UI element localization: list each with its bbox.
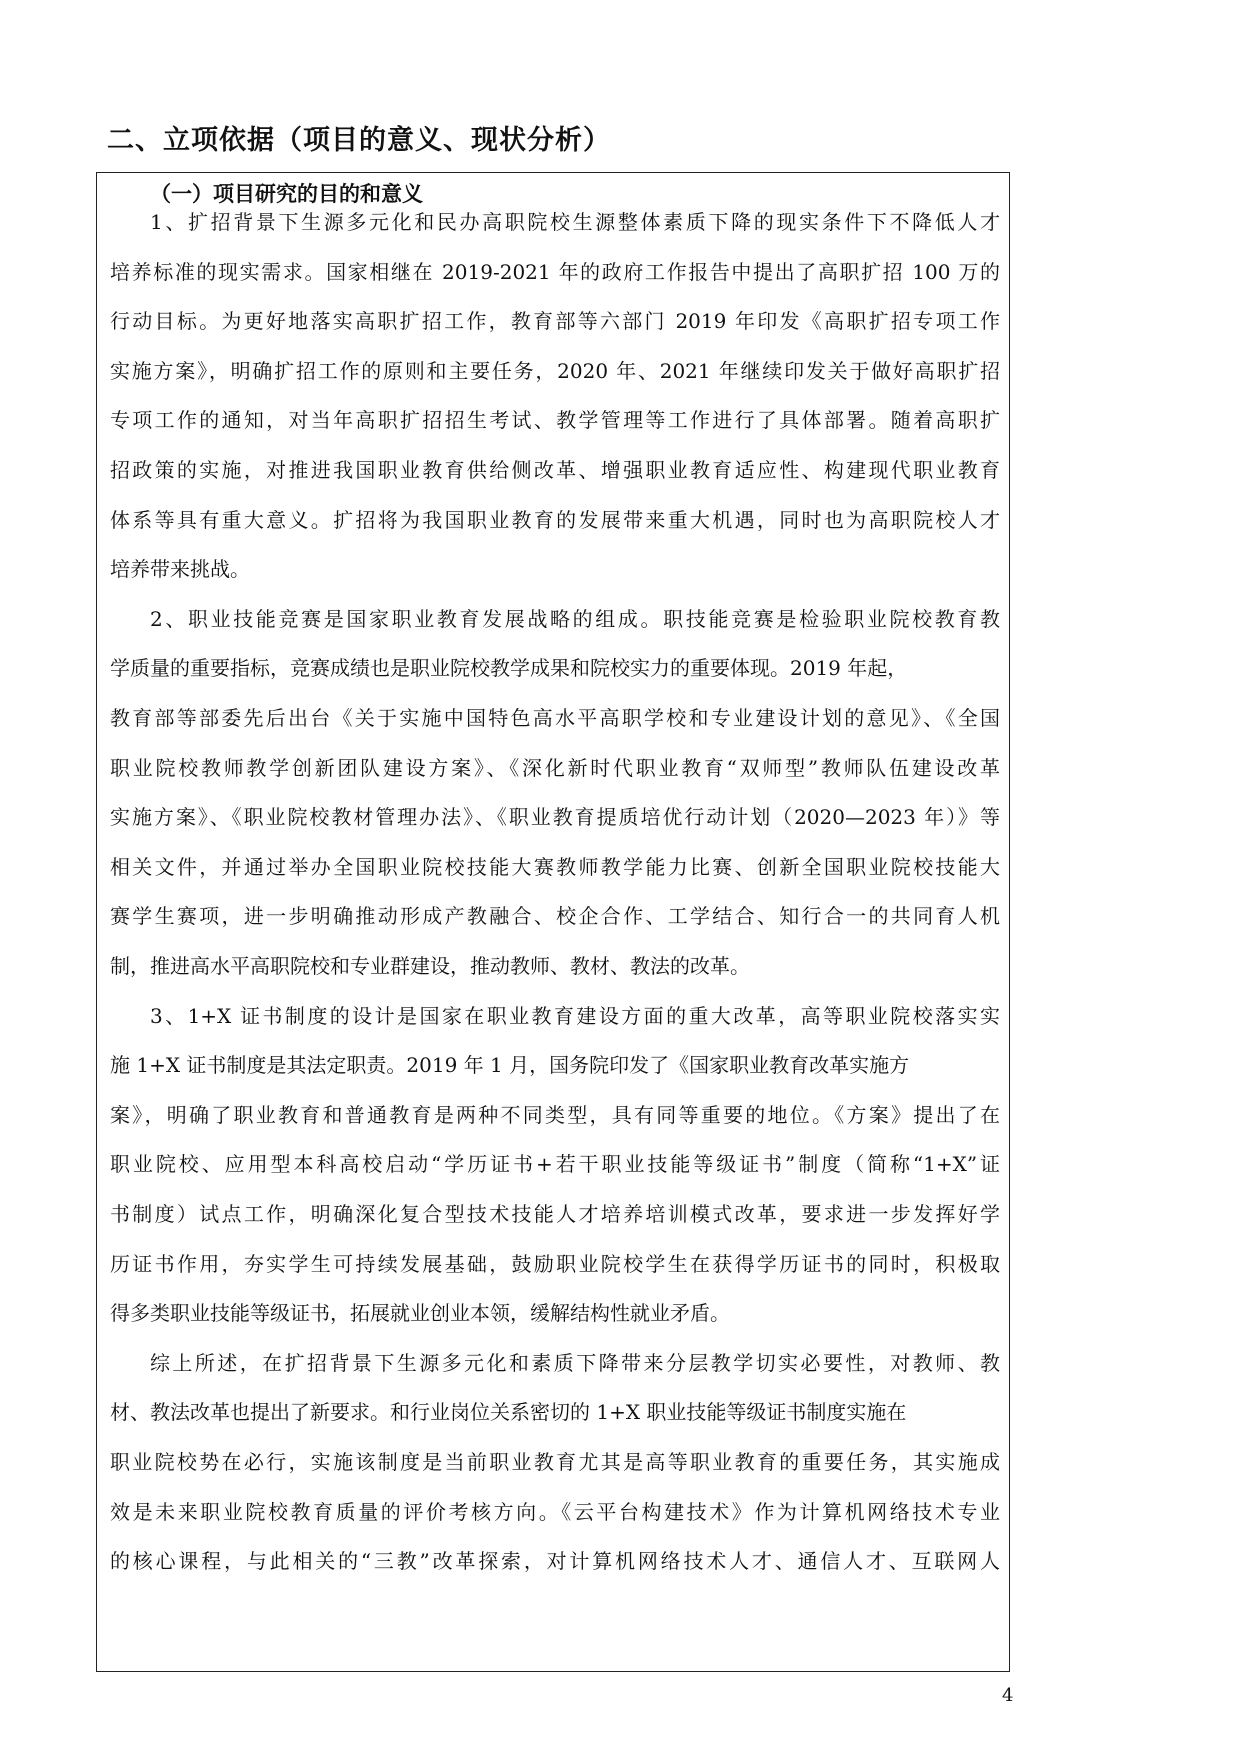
text-line: 2、职业技能竞赛是国家职业教育发展战略的组成。职技能竞赛是检验职业院校教育教: [150, 604, 1000, 634]
text-line: 的核心课程，与此相关的“三教”改革探索，对计算机网络技术人才、通信人才、互联网人: [110, 1546, 1000, 1576]
text-line: 职业院校、应用型本科高校启动“学历证书+若干职业技能等级证书”制度（简称“1+X…: [110, 1149, 1000, 1179]
text-line: 效是未来职业院校教育质量的评价考核方向。《云平台构建技术》作为计算机网络技术专业: [110, 1497, 1000, 1527]
text-line: 培养标准的现实需求。国家相继在 2019-2021 年的政府工作报告中提出了高职…: [110, 257, 1000, 287]
text-line: 实施方案》，明确扩招工作的原则和主要任务，2020 年、2021 年继续印发关于…: [110, 356, 1000, 386]
text-line: 历证书作用，夯实学生可持续发展基础，鼓励职业院校学生在获得学历证书的同时，积极取: [110, 1249, 1000, 1279]
text-line: 招政策的实施，对推进我国职业教育供给侧改革、增强职业教育适应性、构建现代职业教育: [110, 455, 1000, 485]
page-number: 4: [1002, 1685, 1013, 1706]
text-line: 综上所述，在扩招背景下生源多元化和素质下降带来分层教学切实必要性，对教师、教: [150, 1348, 1000, 1378]
text-line: 实施方案》、《职业院校教材管理办法》、《职业教育提质培优行动计划（2020—20…: [110, 802, 1000, 832]
text-line: 职业院校教师教学创新团队建设方案》、《深化新时代职业教育“双师型”教师队伍建设改…: [110, 753, 1000, 783]
text-line: 学质量的重要指标，竞赛成绩也是职业院校教学成果和院校实力的重要体现。2019 年…: [110, 653, 1000, 683]
text-line: 教育部等部委先后出台《关于实施中国特色高水平高职学校和专业建设计划的意见》、《全…: [110, 703, 1000, 733]
text-line: 行动目标。为更好地落实高职扩招工作，教育部等六部门 2019 年印发《高职扩招专…: [110, 306, 1000, 336]
text-line: 职业院校势在必行，实施该制度是当前职业教育尤其是高等职业教育的重要任务，其实施成: [110, 1447, 1000, 1477]
subsection-heading: （一）项目研究的目的和意义: [150, 178, 423, 208]
text-line: 相关文件，并通过举办全国职业院校技能大赛教师教学能力比赛、创新全国职业院校技能大: [110, 852, 1000, 882]
text-line: 赛学生赛项，进一步明确推动形成产教融合、校企合作、工学结合、知行合一的共同育人机: [110, 901, 1000, 931]
text-line: 专项工作的通知，对当年高职扩招招生考试、教学管理等工作进行了具体部署。随着高职扩: [110, 405, 1000, 435]
text-line: 得多类职业技能等级证书，拓展就业创业本领，缓解结构性就业矛盾。: [110, 1298, 1000, 1328]
text-line: 案》，明确了职业教育和普通教育是两种不同类型，具有同等重要的地位。《方案》提出了…: [110, 1100, 1000, 1130]
text-line: 书制度）试点工作，明确深化复合型技术技能人才培养培训模式改革，要求进一步发挥好学: [110, 1199, 1000, 1229]
text-line: 培养带来挑战。: [110, 554, 1000, 584]
text-line: 材、教法改革也提出了新要求。和行业岗位关系密切的 1+X 职业技能等级证书制度实…: [110, 1397, 1000, 1427]
text-line: 制，推进高水平高职院校和专业群建设，推动教师、教材、教法的改革。: [110, 951, 1000, 981]
text-line: 1、扩招背景下生源多元化和民办高职院校生源整体素质下降的现实条件下不降低人才: [150, 207, 1000, 237]
text-line: 3、1+X 证书制度的设计是国家在职业教育建设方面的重大改革，高等职业院校落实实: [150, 1001, 1000, 1031]
text-line: 体系等具有重大意义。扩招将为我国职业教育的发展带来重大机遇，同时也为高职院校人才: [110, 505, 1000, 535]
text-line: 施 1+X 证书制度是其法定职责。2019 年 1 月，国务院印发了《国家职业教…: [110, 1050, 1000, 1080]
section-heading: 二、立项依据（项目的意义、现状分析）: [107, 118, 611, 157]
